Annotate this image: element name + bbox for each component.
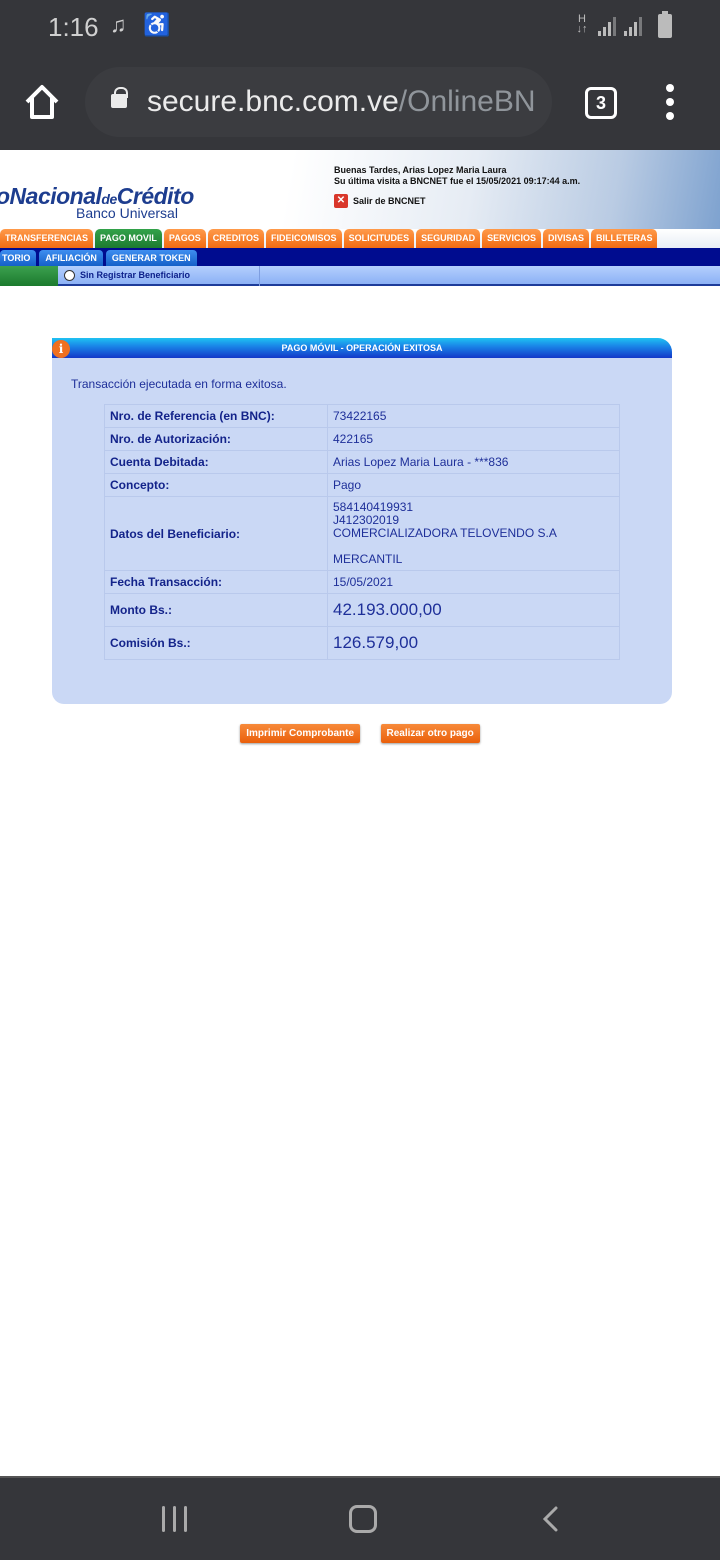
browser-toolbar: secure.bnc.com.ve/OnlineBN 3: [0, 54, 720, 150]
main-nav: TRANSFERENCIAS PAGO MOVIL PAGOS CREDITOS…: [0, 229, 720, 248]
tab-pago-movil[interactable]: PAGO MOVIL: [95, 229, 162, 248]
tab-transferencias[interactable]: TRANSFERENCIAS: [0, 229, 93, 248]
row-value: Pago: [328, 474, 620, 497]
subtab-directorio[interactable]: TORIO: [0, 250, 36, 266]
clock: 1:16: [48, 12, 99, 43]
row-label: Monto Bs.:: [105, 594, 328, 627]
lock-icon: [111, 94, 127, 108]
more-options-icon[interactable]: [664, 84, 676, 120]
row-label: Concepto:: [105, 474, 328, 497]
subtab-afiliacion[interactable]: AFILIACIÓN: [39, 250, 103, 266]
signal-icon: [598, 16, 618, 36]
subtab-generar-token[interactable]: GENERAR TOKEN: [106, 250, 197, 266]
row-label: Datos del Beneficiario:: [105, 497, 328, 571]
logout-link[interactable]: ✕ Salir de BNCNET: [334, 194, 426, 208]
transaction-details-table: Nro. de Referencia (en BNC): 73422165 Nr…: [104, 404, 620, 660]
row-label: Nro. de Referencia (en BNC):: [105, 405, 328, 428]
accessibility-icon: ♿: [143, 12, 170, 38]
commission-value: 126.579,00: [328, 627, 620, 660]
data-arrows-icon: H↓↑: [575, 14, 589, 34]
status-bar: 1:16 ♫ ♿ H↓↑: [0, 0, 720, 54]
row-value: 15/05/2021: [328, 571, 620, 594]
system-nav-bar: [0, 1476, 720, 1560]
url-text[interactable]: secure.bnc.com.ve/OnlineBN: [147, 85, 542, 119]
tab-creditos[interactable]: CREDITOS: [208, 229, 264, 248]
table-row: Comisión Bs.: 126.579,00: [105, 627, 620, 660]
row-label: Fecha Transacción:: [105, 571, 328, 594]
result-panel: PAGO MÓVIL - OPERACIÓN EXITOSA i Transac…: [52, 320, 672, 704]
close-icon: ✕: [334, 194, 348, 208]
amount-value: 42.193.000,00: [328, 594, 620, 627]
bank-logo-subtitle: Banco Universal: [76, 205, 178, 221]
sub-nav: TORIO AFILIACIÓN GENERAR TOKEN: [0, 248, 720, 266]
home-icon[interactable]: [22, 82, 62, 122]
table-row: Datos del Beneficiario: 584140419931 J41…: [105, 497, 620, 571]
last-visit-text: Su última visita a BNCNET fue el 15/05/2…: [334, 176, 580, 187]
action-buttons: Imprimir Comprobante Realizar otro pago: [0, 723, 720, 743]
sub-nav-indicator: [0, 266, 58, 286]
address-bar[interactable]: secure.bnc.com.ve/OnlineBN: [85, 67, 552, 137]
table-row: Nro. de Autorización: 422165: [105, 428, 620, 451]
home-button-icon[interactable]: [349, 1505, 377, 1533]
tab-billeteras[interactable]: BILLETERAS: [591, 229, 658, 248]
print-receipt-button[interactable]: Imprimir Comprobante: [240, 724, 360, 743]
panel-title: PAGO MÓVIL - OPERACIÓN EXITOSA: [52, 338, 672, 358]
info-icon: i: [52, 340, 70, 358]
row-value: 73422165: [328, 405, 620, 428]
signal-icon: [624, 16, 644, 36]
recents-icon[interactable]: [162, 1506, 188, 1532]
new-payment-button[interactable]: Realizar otro pago: [381, 724, 480, 743]
bank-header: oNacionaldeCrédito Banco Universal Buena…: [0, 150, 720, 230]
beneficiary-data: 584140419931 J412302019 COMERCIALIZADORA…: [328, 497, 620, 571]
option-label: Sin Registrar Beneficiario: [80, 270, 190, 280]
logout-label: Salir de BNCNET: [353, 196, 426, 206]
tab-switcher-button[interactable]: 3: [585, 87, 617, 119]
row-label: Comisión Bs.:: [105, 627, 328, 660]
music-note-icon: ♫: [110, 12, 127, 38]
greeting-text: Buenas Tardes, Arias Lopez Maria Laura: [334, 165, 580, 176]
sub-nav-options: Sin Registrar Beneficiario: [0, 266, 720, 286]
tab-seguridad[interactable]: SEGURIDAD: [416, 229, 480, 248]
tab-servicios[interactable]: SERVICIOS: [482, 229, 541, 248]
tab-solicitudes[interactable]: SOLICITUDES: [344, 229, 415, 248]
row-label: Nro. de Autorización:: [105, 428, 328, 451]
greeting: Buenas Tardes, Arias Lopez Maria Laura S…: [334, 165, 580, 187]
table-row: Fecha Transacción: 15/05/2021: [105, 571, 620, 594]
option-sin-registrar-beneficiario[interactable]: Sin Registrar Beneficiario: [60, 266, 260, 286]
table-row: Nro. de Referencia (en BNC): 73422165: [105, 405, 620, 428]
row-label: Cuenta Debitada:: [105, 451, 328, 474]
table-row: Cuenta Debitada: Arias Lopez Maria Laura…: [105, 451, 620, 474]
panel-body: Transacción ejecutada en forma exitosa. …: [52, 358, 672, 704]
back-icon[interactable]: [540, 1506, 560, 1532]
table-row: Monto Bs.: 42.193.000,00: [105, 594, 620, 627]
table-row: Concepto: Pago: [105, 474, 620, 497]
tab-fideicomisos[interactable]: FIDEICOMISOS: [266, 229, 342, 248]
tab-pagos[interactable]: PAGOS: [164, 229, 206, 248]
radio-button[interactable]: [64, 270, 75, 281]
tab-divisas[interactable]: DIVISAS: [543, 229, 589, 248]
row-value: Arias Lopez Maria Laura - ***836: [328, 451, 620, 474]
battery-icon: [658, 14, 672, 38]
success-message: Transacción ejecutada en forma exitosa.: [71, 377, 287, 391]
row-value: 422165: [328, 428, 620, 451]
